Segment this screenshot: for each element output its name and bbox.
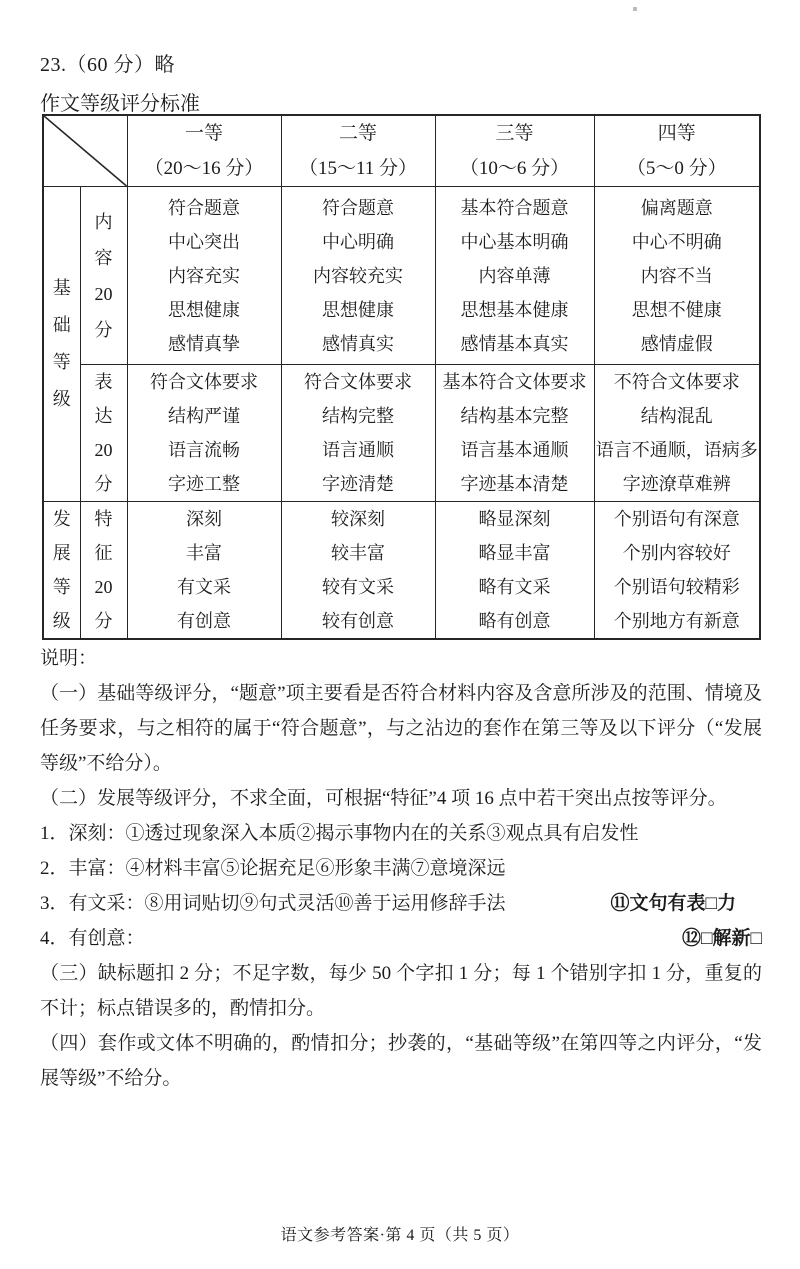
note-item-1: 1．深刻：①透过现象深入本质②揭示事物内在的关系③观点具有启发性	[40, 816, 762, 851]
rubric-cell-expression-grade2: 符合文体要求 结构完整 语言通顺 字迹清楚	[281, 365, 435, 502]
note-item-4-text: 4．有创意：	[40, 921, 145, 956]
page-footer: 语文参考答案·第 4 页（共 5 页）	[0, 1222, 800, 1245]
rubric-table: 一等 （20～16 分） 二等 （15～11 分） 三等 （10～6 分） 四等…	[42, 114, 761, 640]
grade-header-3: 三等 （10～6 分）	[435, 115, 594, 187]
grade-name: 四等	[595, 116, 760, 151]
diagonal-divider-line	[44, 116, 127, 186]
grade-header-2: 二等 （15～11 分）	[281, 115, 435, 187]
rubric-row-feature: 发 展 等 级 特 征 20 分 深刻 丰富 有文采 有创意 较深刻 较丰富 较…	[43, 502, 760, 640]
rubric-cell-feature-grade3: 略显深刻 略显丰富 略有文采 略有创意	[435, 502, 594, 640]
row-label-feature-20: 特 征 20 分	[80, 502, 127, 640]
grade-name: 三等	[436, 116, 594, 151]
rubric-cell-expression-grade3: 基本符合文体要求 结构基本完整 语言基本通顺 字迹基本清楚	[435, 365, 594, 502]
row-label-content-20: 内 容 20 分	[80, 187, 127, 365]
rubric-header-row: 一等 （20～16 分） 二等 （15～11 分） 三等 （10～6 分） 四等…	[43, 115, 760, 187]
diagonal-header-cell	[43, 115, 127, 187]
grade-range: （10～6 分）	[436, 151, 594, 186]
grade-header-4: 四等 （5～0 分）	[594, 115, 760, 187]
grade-range: （20～16 分）	[128, 151, 281, 186]
note-item-4-bold-note: ⑫□解新□	[682, 921, 762, 956]
rubric-cell-expression-grade4: 不符合文体要求 结构混乱 语言不通顺，语病多 字迹潦草难辨	[594, 365, 760, 502]
grade-range: （15～11 分）	[282, 151, 435, 186]
grade-name: 一等	[128, 116, 281, 151]
grade-name: 二等	[282, 116, 435, 151]
rubric-row-expression: 表 达 20 分 符合文体要求 结构严谨 语言流畅 字迹工整 符合文体要求 结构…	[43, 365, 760, 502]
rubric-cell-feature-grade2: 较深刻 较丰富 较有文采 较有创意	[281, 502, 435, 640]
note-para-1: （一）基础等级评分，“题意”项主要看是否符合材料内容及含意所涉及的范围、情境及任…	[40, 676, 762, 781]
answer-key-page: 23.（60 分）略 作文等级评分标准 一等 （20～16 分）	[0, 0, 800, 1269]
rubric-cell-content-grade4: 偏离题意 中心不明确 内容不当 思想不健康 感情虚假	[594, 187, 760, 365]
row-label-expression-20: 表 达 20 分	[80, 365, 127, 502]
rubric-row-content: 基 础 等 级 内 容 20 分 符合题意 中心突出 内容充实 思想健康 感情真…	[43, 187, 760, 365]
grade-header-1: 一等 （20～16 分）	[127, 115, 281, 187]
note-item-3: 3．有文采：⑧用词贴切⑨句式灵活⑩善于运用修辞手法 ⑪文句有表□力	[40, 886, 762, 921]
rubric-cell-content-grade3: 基本符合题意 中心基本明确 内容单薄 思想基本健康 感情基本真实	[435, 187, 594, 365]
rubric-table-title: 作文等级评分标准	[40, 87, 200, 116]
note-item-4: 4．有创意： ⑫□解新□	[40, 921, 762, 956]
grade-range: （5～0 分）	[595, 151, 760, 186]
note-para-2: （二）发展等级评分，不求全面，可根据“特征”4 项 16 点中若干突出点按等评分…	[40, 781, 762, 816]
note-item-2: 2．丰富：④材料丰富⑤论据充足⑥形象丰满⑦意境深远	[40, 851, 762, 886]
rubric-cell-feature-grade4: 个别语句有深意 个别内容较好 个别语句较精彩 个别地方有新意	[594, 502, 760, 640]
rubric-cell-expression-grade1: 符合文体要求 结构严谨 语言流畅 字迹工整	[127, 365, 281, 502]
rubric-cell-content-grade1: 符合题意 中心突出 内容充实 思想健康 感情真挚	[127, 187, 281, 365]
note-para-4: （四）套作或文体不明确的，酌情扣分；抄袭的，“基础等级”在第四等之内评分，“发展…	[40, 1026, 762, 1096]
question-line: 23.（60 分）略	[40, 48, 175, 77]
rubric-cell-feature-grade1: 深刻 丰富 有文采 有创意	[127, 502, 281, 640]
notes-section: 说明： （一）基础等级评分，“题意”项主要看是否符合材料内容及含意所涉及的范围、…	[40, 641, 762, 1096]
note-item-3-bold-note: ⑪文句有表□力	[611, 886, 736, 921]
note-para-3: （三）缺标题扣 2 分；不足字数，每少 50 个字扣 1 分；每 1 个错别字扣…	[40, 956, 762, 1026]
group-label-development-level: 发 展 等 级	[43, 502, 80, 640]
group-label-basic-level: 基 础 等 级	[43, 187, 80, 502]
note-item-3-text: 3．有文采：⑧用词贴切⑨句式灵活⑩善于运用修辞手法	[40, 886, 506, 921]
rubric-cell-content-grade2: 符合题意 中心明确 内容较充实 思想健康 感情真实	[281, 187, 435, 365]
scan-artifact-dot	[633, 7, 637, 11]
notes-heading: 说明：	[40, 641, 762, 676]
